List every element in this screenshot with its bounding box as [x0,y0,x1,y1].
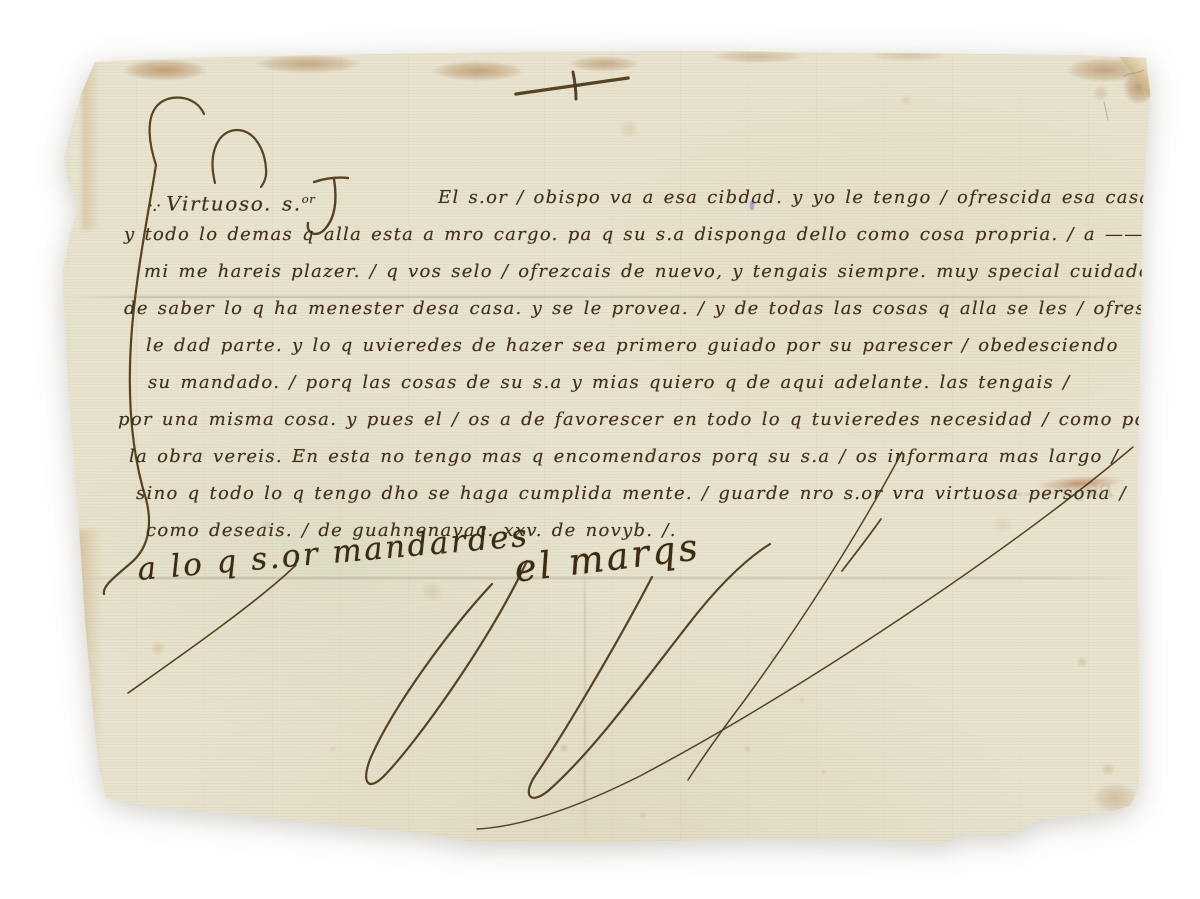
salutation-initial-flourish [213,130,267,187]
manuscript-line-4: de saber lo q ha menester desa casa. y s… [124,296,1200,322]
manuscript-line-6: su mandado. / porq las cosas de su s.a y… [148,370,1070,396]
foxing-spot [558,742,570,754]
foxing-spot [148,638,168,658]
salutation-dots: ·.· [148,196,160,215]
manuscript-line-1: El s.or / obispo va a esa cibdad. y yo l… [438,185,1200,211]
fold-crease [584,556,586,838]
burn-stain [558,54,650,74]
burn-stain [698,48,818,65]
manuscript-line-8: la obra vereis. En esta no tengo mas q e… [129,444,1119,470]
edge-browning [82,60,100,230]
foxing-spot [898,92,914,108]
salutation-text: Virtuoso. s. [166,192,302,216]
foxing-spot [638,810,648,820]
burn-stain [110,56,220,84]
burn-stain [238,52,378,76]
dog-ear-fold [1116,56,1152,100]
corner-tan [1086,778,1144,818]
foxing-spot [986,514,1018,536]
foxing-spot [1074,654,1090,670]
foxing-spot [1090,82,1112,104]
signature-loop [366,561,527,784]
burn-stain [418,58,538,84]
invocation-cross-mark [516,72,628,99]
foxing-spot [1099,760,1117,778]
foxing-spot [768,652,778,662]
edge-browning [72,530,102,810]
line-end-hook [842,519,881,571]
foxing-spot [616,116,642,142]
salutation-superscript: or [302,192,316,206]
photo-backdrop: Diego ⁓⁓⁓⁓ [0,0,1200,899]
burn-stain [858,48,958,63]
manuscript-line-5: le dad parte. y lo q uvieredes de hazer … [146,333,1119,359]
salutation-line: ·.·Virtuoso. s.or [148,186,315,219]
manuscript-line-7: por una misma cosa. y pues el / os a de … [118,407,1157,433]
foxing-spot [743,744,752,753]
foxing-spot [820,768,828,776]
manuscript-line-3: mi me hareis plazer. / q vos selo / ofre… [144,259,1151,285]
manuscript-sheet: Diego ⁓⁓⁓⁓ [0,0,1200,899]
foxing-spot [418,578,446,606]
pencil-mark [1104,102,1108,120]
paper-surface: Diego ⁓⁓⁓⁓ [0,0,1200,899]
foxing-spot [798,696,806,704]
manuscript-line-9: sino q todo lo q tengo dho se haga cumpl… [136,481,1127,507]
foxing-spot [328,744,338,754]
manuscript-line-2: y todo lo demas q alla esta a mro cargo.… [124,222,1163,248]
